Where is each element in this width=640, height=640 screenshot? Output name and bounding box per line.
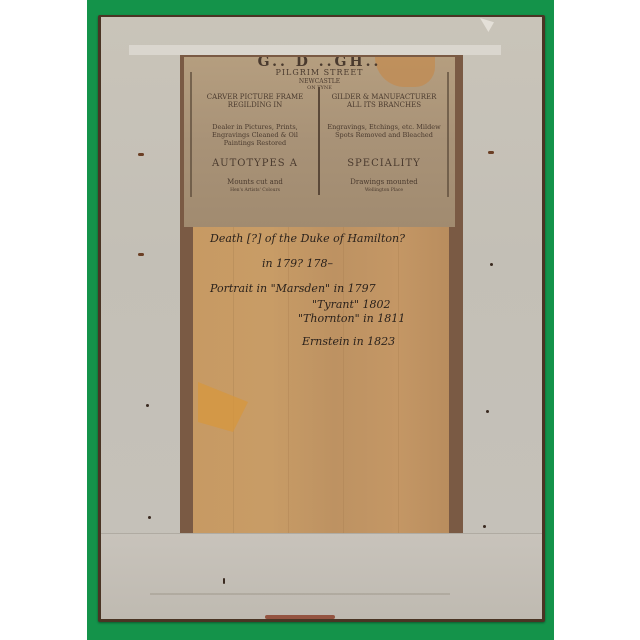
label-left-trade: CARVER PICTURE FRAME REGILDING IN [196, 93, 314, 109]
label-city: NEWCASTLE [184, 78, 455, 85]
wood-grain [288, 227, 289, 533]
handwritten-line-4: "Tyrant" 1802 [312, 298, 390, 311]
nail-hole [223, 578, 225, 584]
label-right-services: Engravings, Etchings, etc. Mildew Spots … [325, 123, 443, 139]
label-right-mounts: Drawings mounted [325, 178, 443, 186]
label-center-divider [318, 87, 320, 195]
handwritten-line-5: "Thornton" in 1811 [298, 312, 405, 325]
handwritten-line-3: Portrait in "Marsden" in 1797 [210, 282, 376, 295]
light-wood-patch [198, 382, 248, 432]
red-frame-edge [265, 615, 335, 619]
bottom-tape-strip [101, 533, 542, 619]
wood-grain [343, 227, 344, 533]
nail-hole [490, 263, 493, 266]
nail-hole [488, 151, 494, 154]
label-right-supplies: Wellington Place [325, 187, 443, 195]
nail-hole [138, 253, 144, 256]
nail-hole [138, 153, 144, 156]
framer-label: G.. D ..GH.. PILGRIM STREET NEWCASTLE ON… [184, 57, 455, 227]
label-right-specialty: SPECIALITY [325, 160, 443, 168]
label-right-trade: GILDER & MANUFACTURER ALL ITS BRANCHES [325, 93, 443, 109]
top-tape-strip [129, 45, 501, 55]
label-left-specialty: AUTOTYPES A [196, 160, 314, 168]
paper-crease [150, 593, 450, 595]
wood-panel [193, 227, 449, 533]
nail-hole [486, 410, 489, 413]
label-left-services: Dealer in Pictures, Prints, Engravings C… [196, 123, 314, 147]
handwritten-line-2: in 179? 178– [262, 257, 333, 270]
nail-hole [483, 525, 486, 528]
handwritten-line-1: Death [?] of the Duke of Hamilton? [210, 232, 405, 245]
nail-hole [148, 516, 151, 519]
label-left-mounts: Mounts cut and [196, 178, 314, 186]
wood-grain [233, 227, 234, 533]
nail-hole [146, 404, 149, 407]
handwritten-line-6: Ernstein in 1823 [302, 335, 395, 348]
label-street: PILGRIM STREET [184, 68, 455, 77]
label-left-supplies: Hen's Artists' Colours [196, 187, 314, 195]
wood-grain [398, 227, 399, 533]
